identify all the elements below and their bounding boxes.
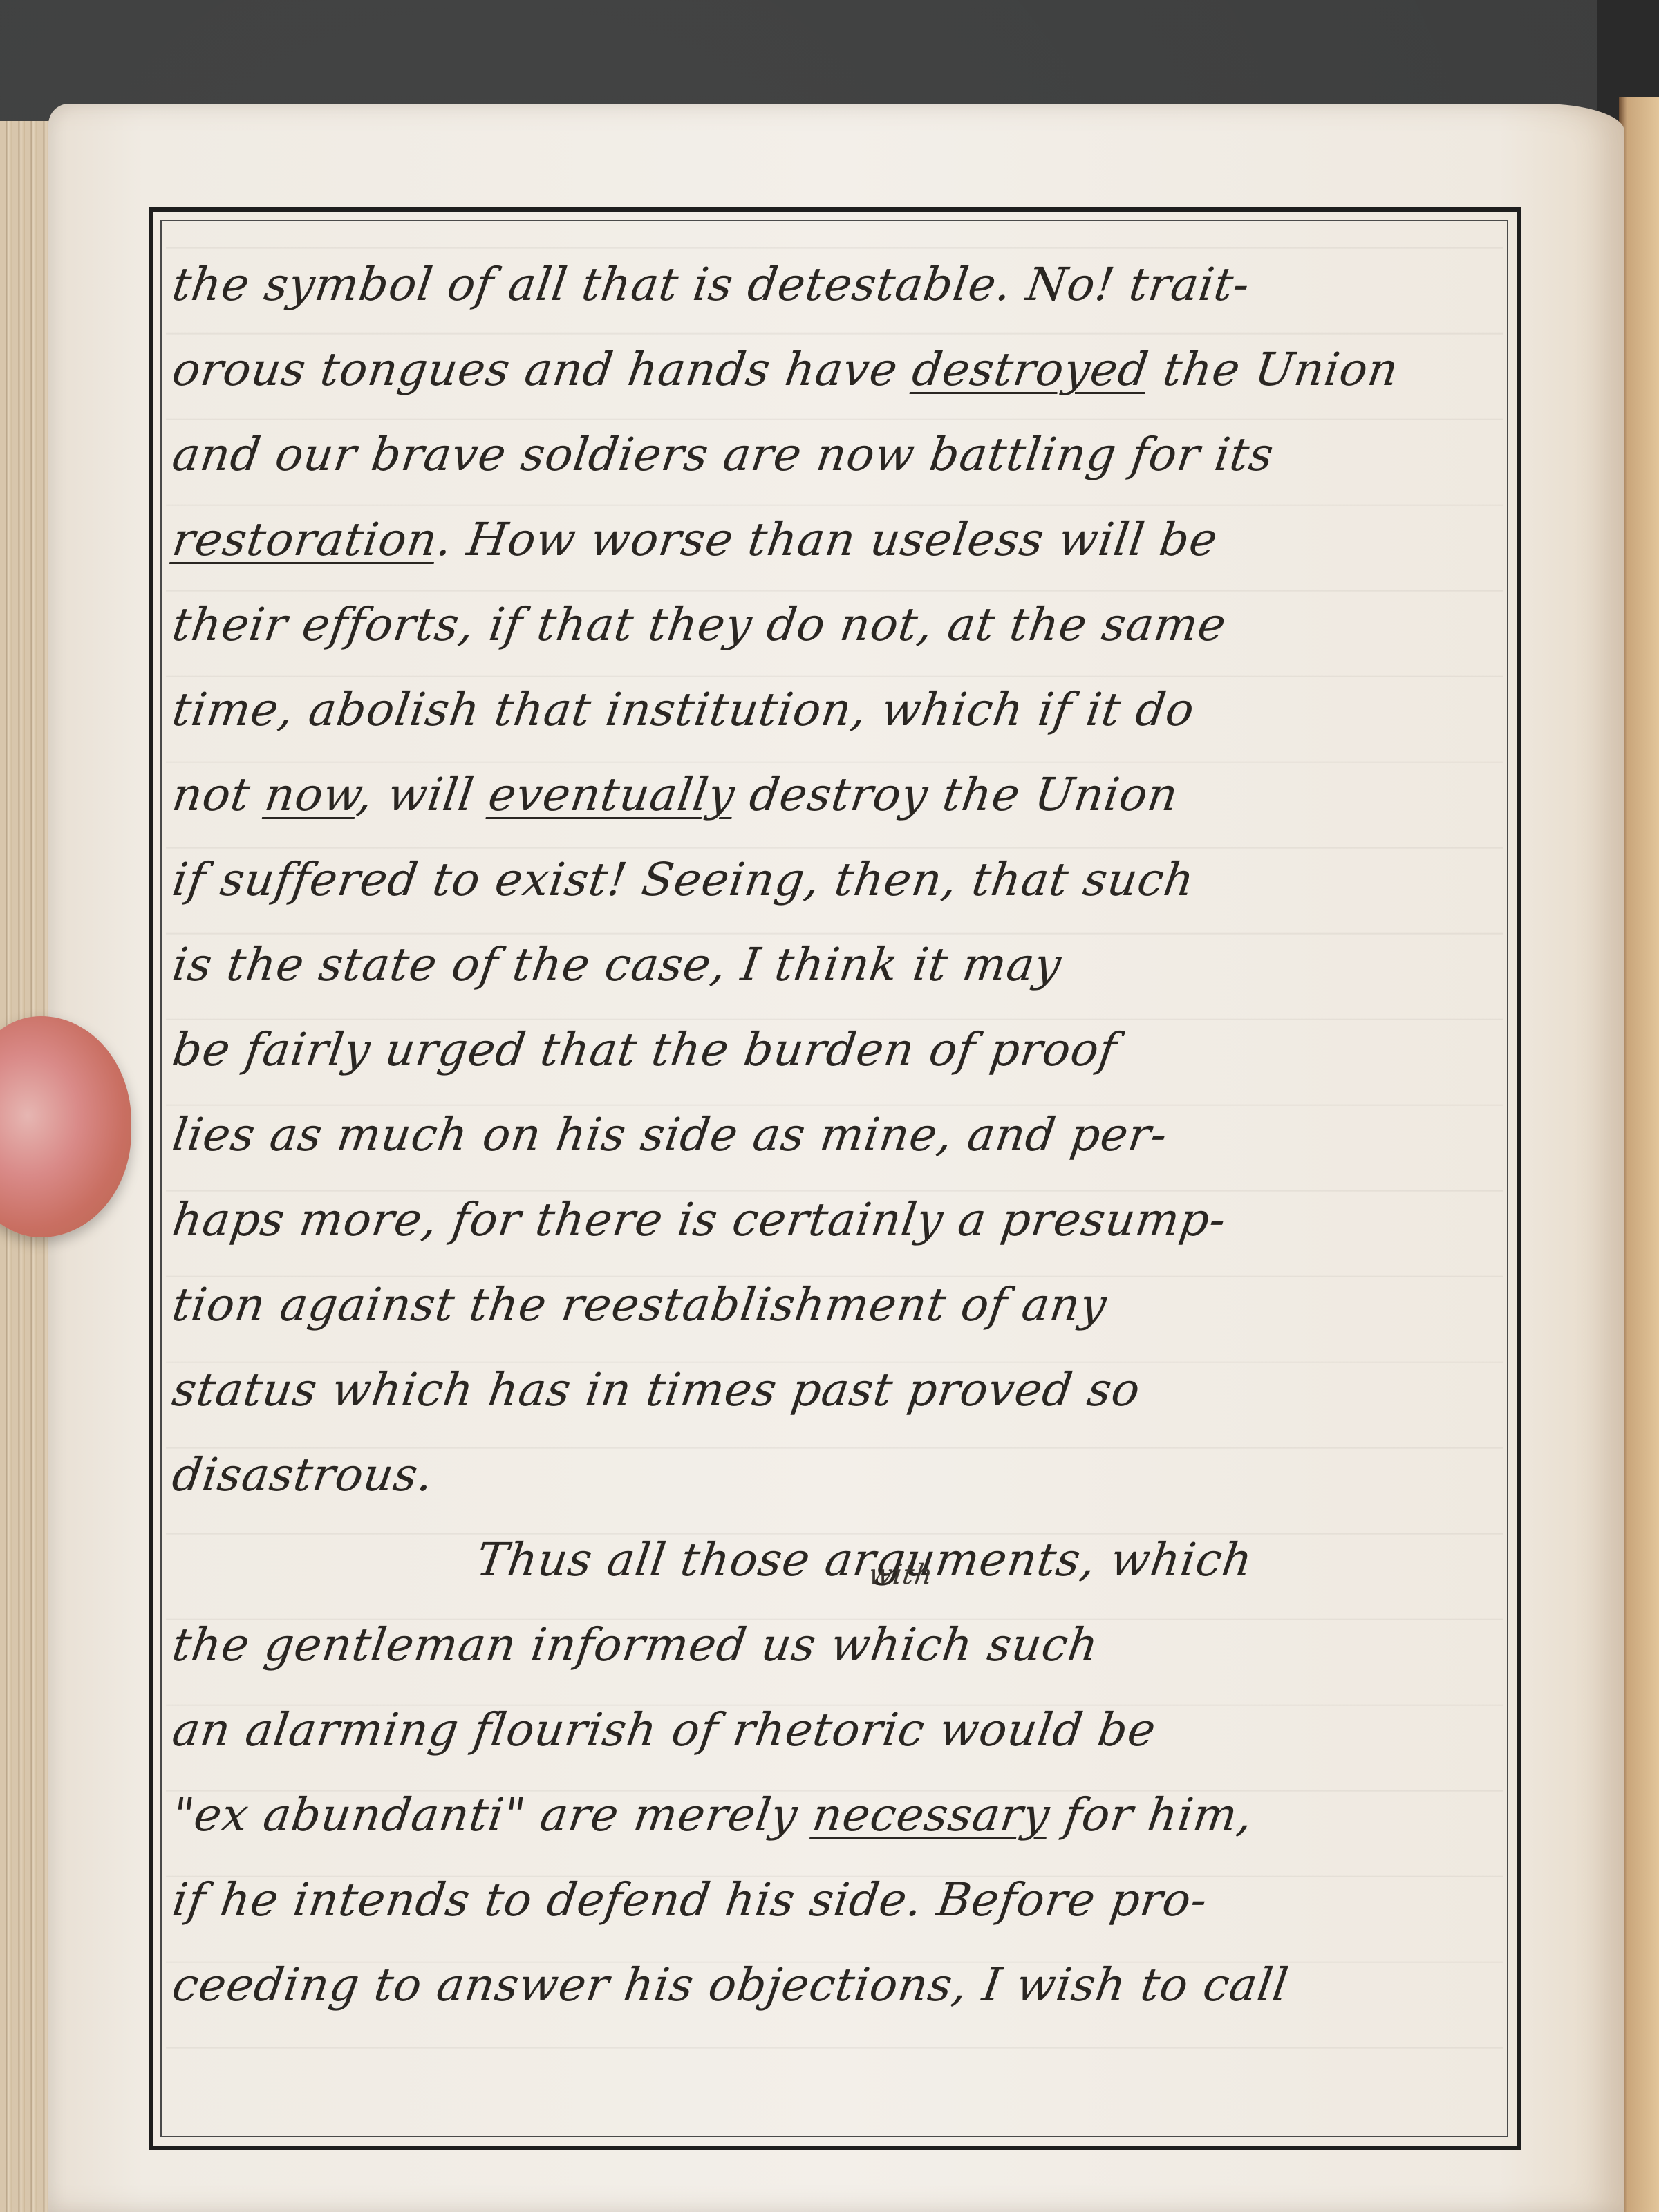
text-run: orous tongues and hands have <box>169 343 917 396</box>
manuscript-line: Thus all those arguments, which <box>167 1517 1533 1602</box>
manuscript-line: their efforts, if that they do not, at t… <box>167 582 1533 667</box>
manuscript-line: haps more, for there is certainly a pres… <box>167 1177 1533 1262</box>
text-run: for him, <box>1046 1788 1257 1841</box>
manuscript-line: the symbol of all that is detestable. No… <box>167 242 1533 327</box>
text-run: not <box>169 768 270 821</box>
manuscript-line: if suffered to exist! Seeing, then, that… <box>167 837 1533 922</box>
manuscript-line: status which has in times past proved so <box>167 1347 1533 1432</box>
underlined-word: destroyed <box>909 343 1152 396</box>
underlined-word: eventually <box>485 768 739 821</box>
manuscript-line: ceeding to answer his objections, I wish… <box>167 1942 1533 2027</box>
manuscript-line: lies as much on his side as mine, and pe… <box>167 1092 1533 1177</box>
text-run: which <box>827 1618 976 1671</box>
manuscript-line: be fairly urged that the burden of proof <box>167 1007 1533 1092</box>
manuscript-line: the gentleman informed us withwhich such <box>167 1602 1533 1687</box>
manuscript-line: orous tongues and hands have destroyed t… <box>167 327 1533 412</box>
manuscript-line: disastrous. <box>167 1432 1533 1517</box>
text-run: the gentleman informed us <box>169 1618 835 1671</box>
text-run: . How worse than useless will be <box>433 513 1221 566</box>
manuscript-line: "ex abundanti" are merely necessary for … <box>167 1772 1533 1857</box>
underlined-word: now <box>261 768 362 821</box>
underlined-word: necessary <box>809 1788 1053 1841</box>
text-run: "ex abundanti" are merely <box>169 1788 817 1841</box>
handwritten-text: the symbol of all that is detestable. No… <box>173 242 1528 2027</box>
manuscript-line: time, abolish that institution, which if… <box>167 667 1533 752</box>
underlined-word: restoration <box>169 513 441 566</box>
text-run: the Union <box>1145 343 1402 396</box>
manuscript-line: and our brave soldiers are now battling … <box>167 412 1533 497</box>
manuscript-line: not now, will eventually destroy the Uni… <box>167 752 1533 837</box>
manuscript-line: restoration. How worse than useless will… <box>167 497 1533 582</box>
text-run: such <box>969 1618 1103 1671</box>
manuscript-line: tion against the reestablishment of any <box>167 1262 1533 1347</box>
manuscript-line: if he intends to defend his side. Before… <box>167 1857 1533 1942</box>
text-run: , will <box>354 768 493 821</box>
manuscript-line: is the state of the case, I think it may <box>167 922 1533 1007</box>
text-run: destroy the Union <box>731 768 1182 821</box>
facing-page-edge <box>1619 97 1659 2212</box>
word-with-insertion: withwhich <box>825 1602 979 1687</box>
inserted-word-above: with <box>867 1561 935 1588</box>
manuscript-line: an alarming flourish of rhetoric would b… <box>167 1687 1533 1772</box>
